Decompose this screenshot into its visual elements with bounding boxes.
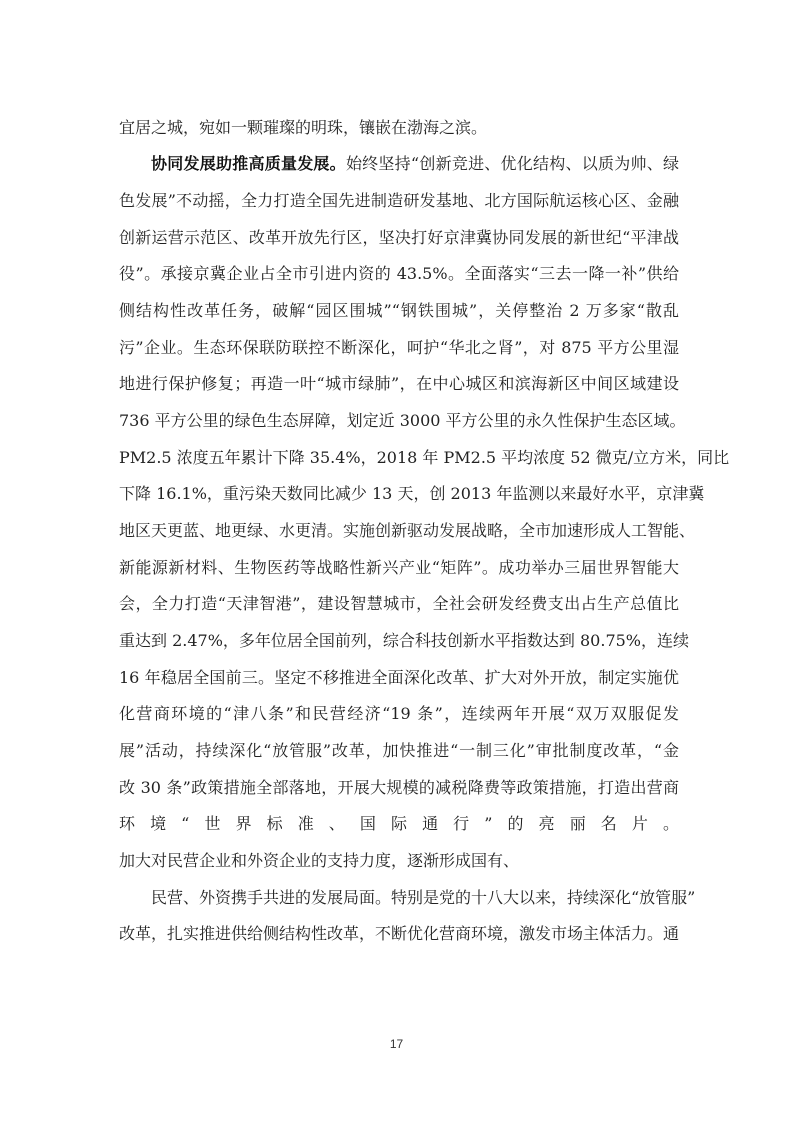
text-line: 新能源新材料、生物医药等战略性新兴产业“矩阵”。成功举办三届世界智能大 [119,556,679,580]
line-text: 民营、外资携手共进的发展局面。特别是党的十八大以来，持续深化“放管服” [151,888,695,907]
paragraph-start-line: 协同发展助推高质量发展。始终坚持“创新竞进、优化结构、以质为帅、绿 [151,152,679,176]
text-line: 展”活动，持续深化“放管服”改革，加快推进“一制三化”审批制度改革，“金 [119,739,679,763]
text-line: 化营商环境的“津八条”和民营经济“19 条”，连续两年开展“双万双服促发 [119,702,679,726]
line-text: 污”企业。生态环保联防联控不断深化，呵护“华北之肾”，对 875 平方公里湿 [119,338,679,357]
line-text: 会，全力打造“天津智港”，建设智慧城市，全社会研发经费支出占生产总值比 [119,594,679,613]
page-number: 17 [0,1037,793,1051]
text-line: 重达到 2.47%，多年位居全国前列，综合科技创新水平指数达到 80.75%，连… [119,629,679,653]
paragraph-start-line: 民营、外资携手共进的发展局面。特别是党的十八大以来，持续深化“放管服” [151,886,679,910]
text-line: 加大对民营企业和外资企业的支持力度，逐渐形成国有、 [119,849,679,873]
text-line: 役”。承接京冀企业占全市引进内资的 43.5%。全面落实“三去一降一补”供给 [119,262,679,286]
line-text: 色发展”不动摇，全力打造全国先进制造研发基地、北方国际航运核心区、金融 [119,191,679,210]
line-text: 加大对民营企业和外资企业的支持力度，逐渐形成国有、 [119,851,519,870]
text-line: PM2.5 浓度五年累计下降 35.4%，2018 年 PM2.5 平均浓度 5… [119,446,679,470]
line-text: 始终坚持“创新竞进、优化结构、以质为帅、绿 [346,154,679,173]
text-line: 改 30 条”政策措施全部落地，开展大规模的减税降费等政策措施，打造出营商 [119,776,679,800]
line-text: 展”活动，持续深化“放管服”改革，加快推进“一制三化”审批制度改革，“金 [119,741,679,760]
line-text: 化营商环境的“津八条”和民营经济“19 条”，连续两年开展“双万双服促发 [119,704,679,723]
paragraph-heading: 协同发展助推高质量发展。 [151,154,346,173]
line-text: 下降 16.1%，重污染天数同比减少 13 天，创 2013 年监测以来最好水平… [119,484,704,503]
line-text: 新能源新材料、生物医药等战略性新兴产业“矩阵”。成功举办三届世界智能大 [119,558,679,577]
line-text: 16 年稳居全国前三。坚定不移推进全面深化改革、扩大对外开放，制定实施优 [119,668,679,687]
text-line: 16 年稳居全国前三。坚定不移推进全面深化改革、扩大对外开放，制定实施优 [119,666,679,690]
line-text: PM2.5 浓度五年累计下降 35.4%，2018 年 PM2.5 平均浓度 5… [119,448,729,467]
text-line: 736 平方公里的绿色生态屏障，划定近 3000 平方公里的永久性保护生态区域。 [119,409,679,433]
line-text: 侧结构性改革任务，破解“园区围城”“钢铁围城”，关停整治 2 万多家“散乱 [119,301,679,320]
line-text: 地进行保护修复；再造一叶“城市绿肺”，在中心城区和滨海新区中间区域建设 [119,374,679,393]
text-line: 会，全力打造“天津智港”，建设智慧城市，全社会研发经费支出占生产总值比 [119,592,679,616]
line-text: 改革，扎实推进供给侧结构性改革，不断优化营商环境，激发市场主体活力。通 [119,924,679,943]
line-text: 宜居之城，宛如一颗璀璨的明珠，镶嵌在渤海之滨。 [119,118,487,137]
text-line: 下降 16.1%，重污染天数同比减少 13 天，创 2013 年监测以来最好水平… [119,482,679,506]
text-line: 宜居之城，宛如一颗璀璨的明珠，镶嵌在渤海之滨。 [119,116,679,140]
text-line [119,959,679,983]
line-text: 役”。承接京冀企业占全市引进内资的 43.5%。全面落实“三去一降一补”供给 [119,264,679,283]
text-line: 创新运营示范区、改革开放先行区，坚决打好京津冀协同发展的新世纪“平津战 [119,226,679,250]
line-text: 环境“世界标准、国际通行”的亮丽名片。 [119,814,679,833]
line-text: 736 平方公里的绿色生态屏障，划定近 3000 平方公里的永久性保护生态区域。 [119,411,686,430]
line-text: 改 30 条”政策措施全部落地，开展大规模的减税降费等政策措施，打造出营商 [119,778,679,797]
document-page: 宜居之城，宛如一颗璀璨的明珠，镶嵌在渤海之滨。 协同发展助推高质量发展。始终坚持… [0,0,793,1122]
text-line: 色发展”不动摇，全力打造全国先进制造研发基地、北方国际航运核心区、金融 [119,189,679,213]
line-text: 创新运营示范区、改革开放先行区，坚决打好京津冀协同发展的新世纪“平津战 [119,228,679,247]
text-line: 环境“世界标准、国际通行”的亮丽名片。 [119,812,679,836]
text-line: 侧结构性改革任务，破解“园区围城”“钢铁围城”，关停整治 2 万多家“散乱 [119,299,679,323]
text-line: 地区天更蓝、地更绿、水更清。实施创新驱动发展战略，全市加速形成人工智能、 [119,519,679,543]
line-text: 重达到 2.47%，多年位居全国前列，综合科技创新水平指数达到 80.75%，连… [119,631,689,650]
text-line: 地进行保护修复；再造一叶“城市绿肺”，在中心城区和滨海新区中间区域建设 [119,372,679,396]
text-line: 改革，扎实推进供给侧结构性改革，不断优化营商环境，激发市场主体活力。通 [119,922,679,946]
line-text: 地区天更蓝、地更绿、水更清。实施创新驱动发展战略，全市加速形成人工智能、 [119,521,695,540]
text-line: 污”企业。生态环保联防联控不断深化，呵护“华北之肾”，对 875 平方公里湿 [119,336,679,360]
